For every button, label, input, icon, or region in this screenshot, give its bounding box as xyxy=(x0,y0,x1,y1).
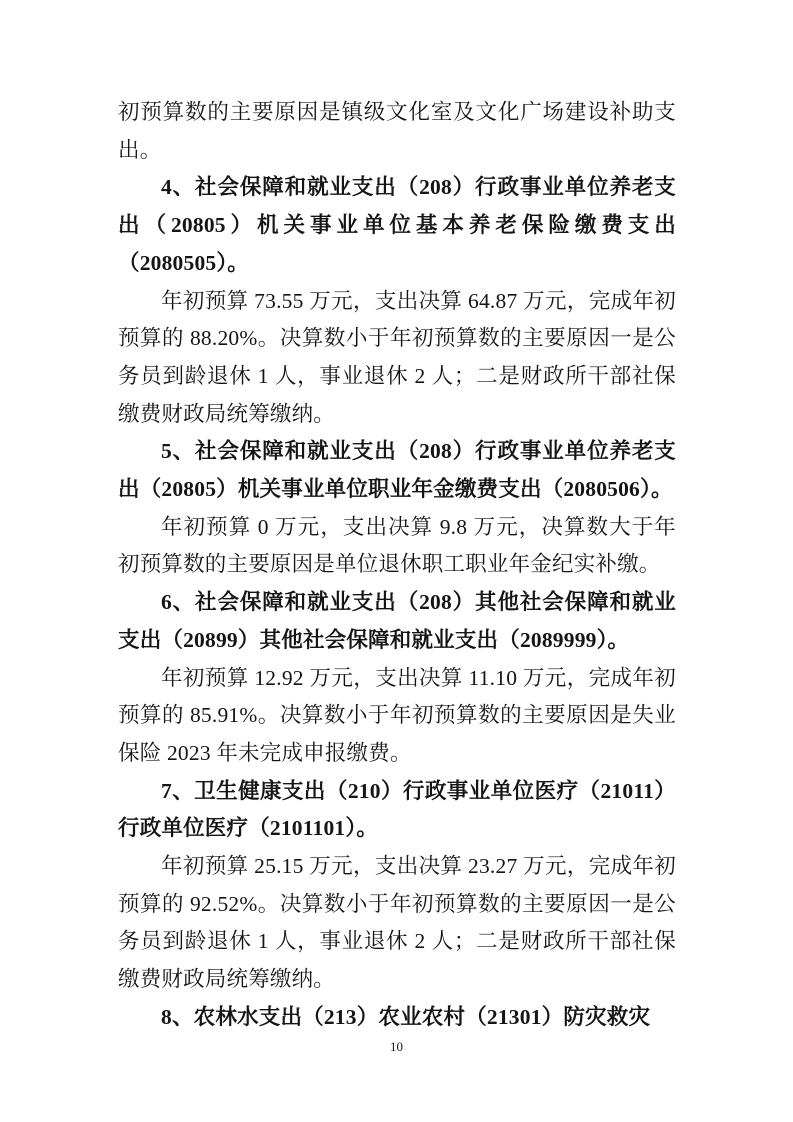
section-heading-6: 6、社会保障和就业支出（208）其他社会保障和就业支出（20899）其他社会保障… xyxy=(118,584,676,659)
document-body: 初预算数的主要原因是镇级文化室及文化广场建设补助支出。 4、社会保障和就业支出（… xyxy=(118,94,676,1037)
document-page: 初预算数的主要原因是镇级文化室及文化广场建设补助支出。 4、社会保障和就业支出（… xyxy=(0,0,793,1122)
section-heading-7: 7、卫生健康支出（210）行政事业单位医疗（21011）行政单位医疗（21011… xyxy=(118,773,676,848)
paragraph-continuation: 初预算数的主要原因是镇级文化室及文化广场建设补助支出。 xyxy=(118,94,676,169)
section-5-paragraph: 年初预算 0 万元，支出决算 9.8 万元，决算数大于年初预算数的主要原因是单位… xyxy=(118,509,676,584)
section-heading-5: 5、社会保障和就业支出（208）行政事业单位养老支出（20805）机关事业单位职… xyxy=(118,433,676,508)
section-7-paragraph: 年初预算 25.15 万元，支出决算 23.27 万元，完成年初预算的 92.5… xyxy=(118,848,676,999)
section-heading-8: 8、农林水支出（213）农业农村（21301）防灾救灾 xyxy=(118,999,676,1037)
section-heading-4: 4、社会保障和就业支出（208）行政事业单位养老支出（20805）机关事业单位基… xyxy=(118,169,676,282)
section-6-paragraph: 年初预算 12.92 万元，支出决算 11.10 万元，完成年初预算的 85.9… xyxy=(118,660,676,773)
page-number: 10 xyxy=(0,1038,793,1056)
section-4-paragraph: 年初预算 73.55 万元，支出决算 64.87 万元，完成年初预算的 88.2… xyxy=(118,283,676,434)
